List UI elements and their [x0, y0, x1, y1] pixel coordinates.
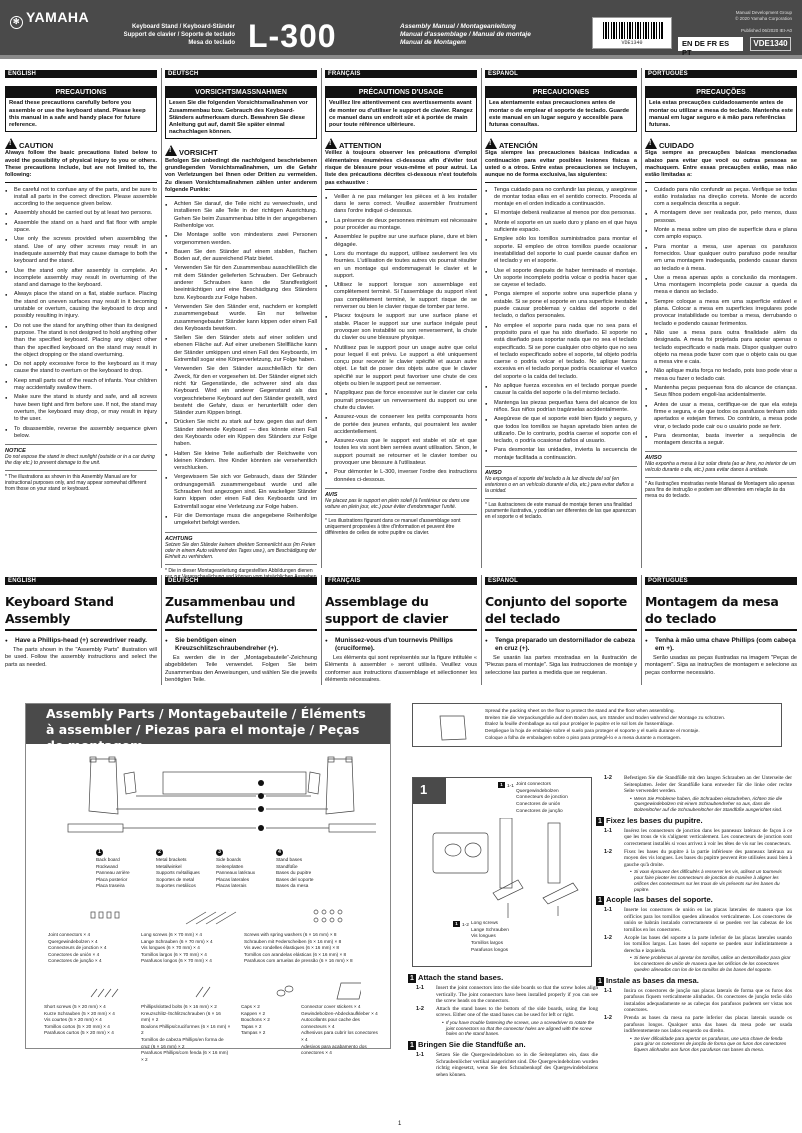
assembly-intro-portugues: PORTUGUÊS Montagem da mesa do teclado Te…: [645, 577, 797, 677]
substep: 1-1Insert the joint connectors into the …: [416, 985, 598, 1005]
precautions-text: Read these precautions carefully before …: [6, 98, 156, 131]
notice-text: Não exponha a mesa à luz solar direta (a…: [645, 461, 797, 473]
list-item: Stellen Sie den Ständer stets auf einer …: [165, 335, 317, 364]
caution-intro: Befolgen Sie unbedingt die nachfolgend b…: [165, 158, 317, 197]
substep-number: 1-1: [604, 828, 612, 835]
column-divider: [321, 575, 322, 685]
step-number: 1: [413, 778, 446, 804]
part-3-names: 3 Side boardsSeitenplattenPanneaux latér…: [216, 849, 255, 890]
caution-intro: Veillez à toujours observer les précauti…: [325, 150, 477, 189]
step-1-illustration: 1 11-1 Joint connectorsQuergewindebolzen…: [412, 777, 592, 967]
packing-sheet-note: Spread the packing sheet on the floor to…: [412, 703, 782, 747]
list-item: Veiller à ne pas mélanger les pièces et …: [325, 194, 477, 216]
substep-number: 1-1: [416, 985, 424, 992]
list-item: Do not apply excessive force to the keyb…: [5, 361, 157, 376]
list-item: Sempre coloque a mesa em uma superfície …: [645, 299, 797, 328]
step-title: Fixez les bases du pupitre.: [606, 816, 703, 825]
section-title: Montagem da mesa do teclado: [645, 593, 797, 631]
list-item: Para desmontar las unidades, invierta la…: [485, 447, 637, 462]
label-long-screws: 11-2 Long screwsLange SchraubenVis longu…: [453, 921, 469, 930]
precaution-list: Achten Sie darauf, die Teile nicht zu ve…: [165, 201, 317, 527]
manual-title: Manual d'assemblage / Manual de montaje: [400, 31, 531, 39]
hardware-joint-connectors: Joint connectors × 4Quergewindebolzen × …: [48, 932, 107, 965]
part-2-names: 2 Metal bracketsMetallwinkelSupports mét…: [156, 849, 200, 890]
list-item: Do not use the stand for anything other …: [5, 323, 157, 359]
barcode: VDE1340: [592, 17, 672, 49]
header-rule: [0, 55, 802, 59]
language-label: ESPAÑOL: [485, 70, 637, 78]
precautions-title: PRÉCAUTIONS D'USAGE: [326, 87, 476, 98]
substep-text: Attach the stand bases to the bottom of …: [436, 1006, 598, 1019]
step-title-espanol: 1Acople las bases del soporte.: [596, 895, 792, 905]
hardware-name: Parafusos Phillips/com fenda (6 × 16 mm)…: [141, 1050, 231, 1063]
hardware-name: Tampas × 2: [241, 1030, 270, 1037]
precautions-text: Lea atentamente estas precauciones antes…: [486, 98, 636, 131]
substep-text: Acople las bases del soporte a la parte …: [624, 935, 792, 954]
published-date: Published 06/2020 IEI-A0: [741, 28, 792, 33]
part-name: Supports métalliques: [156, 870, 200, 877]
precautions-portugues: PORTUGUÊS PRECAUÇÕESLeia estas precauçõe…: [645, 70, 797, 499]
substep-text: Insérez les connecteurs de jonction dans…: [624, 828, 792, 847]
assembly-intro-deutsch: DEUTSCH Zusammenbau und Aufstellung Sie …: [165, 577, 317, 684]
part-name: Placas laterais: [216, 883, 255, 890]
precautions-box: PRÉCAUTIONS D'USAGEVeuillez lire attenti…: [325, 86, 477, 132]
precautions-box: VORSICHTSMASSNAHMENLesen Sie die folgend…: [165, 86, 317, 139]
intro-text: Es werden die in der „Montagebauteile“-Z…: [165, 655, 317, 684]
hardware-name: Short screws (5 × 20 mm) × 4: [44, 1004, 115, 1011]
substep-note: If you have trouble fastening the screws…: [442, 1020, 598, 1037]
caution-intro: Siga siempre las precauciones básicas in…: [485, 150, 637, 182]
step-1-text-left: 1Attach the stand bases. 1-1Insert the j…: [408, 970, 598, 1079]
part-name: Standfüße: [276, 864, 314, 871]
step-title: Bringen Sie die Standfüße an.: [418, 1040, 526, 1049]
product-title: Mesa do teclado: [100, 39, 235, 47]
caution-heading: CUIDADO: [645, 138, 797, 149]
list-item: Verwenden Sie den Ständer erst, nachdem …: [165, 304, 317, 333]
sub-step-tag: 1-1: [507, 784, 514, 789]
packing-line: Spread the packing sheet on the floor to…: [485, 709, 725, 716]
precautions-deutsch: DEUTSCH VORSICHTSMASSNAHMENLesen Sie die…: [165, 70, 317, 586]
warning-triangle-icon: [325, 138, 337, 149]
caution-heading: CAUTION: [5, 138, 157, 149]
hardware-name: Conectores de unión × 4: [48, 952, 107, 959]
precautions-english: ENGLISH PRECAUTIONSRead these precaution…: [5, 70, 157, 492]
part-name: Side boards: [216, 857, 255, 864]
precautions-francais: FRANÇAIS PRÉCAUTIONS D'USAGEVeuillez lir…: [325, 70, 477, 536]
step-title-english: 1Attach the stand bases.: [408, 973, 598, 983]
column-divider: [481, 68, 482, 568]
list-item: Asegúrese de que el soporte esté bien fi…: [485, 416, 637, 445]
list-item: Monte el soporte en un suelo duro y plan…: [485, 220, 637, 235]
hardware-name: Vis longues (6 × 70 mm) × 4: [141, 945, 213, 952]
list-item: Keep small parts out of the reach of inf…: [5, 378, 157, 393]
substep-text: Insira os conectores de junção nas placa…: [624, 988, 792, 1014]
list-item: Assemble the stand on a hard and flat fl…: [5, 220, 157, 235]
notice: AVISONão exponha a mesa à luz solar dire…: [645, 451, 797, 473]
tool-requirement: Have a Phillips-head (+) screwdriver rea…: [5, 637, 157, 645]
list-item: Use only the screws provided when assemb…: [5, 236, 157, 265]
list-item: Lors du montage du support, utilisez seu…: [325, 251, 477, 280]
hardware-name: Long screws (6 × 70 mm) × 4: [141, 932, 213, 939]
product-titles: Keyboard Stand / Keyboard-Ständer Suppor…: [100, 23, 235, 47]
hardware-name: Lange Schrauben (6 × 70 mm) × 4: [141, 939, 213, 946]
footnote: * As ilustrações mostradas neste Manual …: [645, 477, 797, 499]
hardware-long-screws: Long screws (6 × 70 mm) × 4Lange Schraub…: [141, 932, 213, 965]
language-label: ENGLISH: [5, 577, 157, 585]
list-item: Drücken Sie nicht zu stark auf bzw. gege…: [165, 419, 317, 448]
list-item: Always place the stand on a flat, stable…: [5, 291, 157, 320]
list-item: Assembly should be carried out by at lea…: [5, 210, 157, 217]
substep-number: 1-2: [604, 935, 612, 942]
step-title-francais: 1Fixez les bases du pupitre.: [596, 816, 792, 826]
notice: AVISONo exponga el soporte del teclado a…: [485, 466, 637, 494]
assembly-intro-espanol: ESPAÑOL Conjunto del soporte del teclado…: [485, 577, 637, 677]
substep-text: Insert the joint connectors into the sid…: [436, 985, 598, 1004]
step-marker-icon: 1: [453, 921, 460, 927]
warning-triangle-icon: [645, 138, 657, 149]
warning-triangle-icon: [5, 138, 17, 149]
hardware-name: Quergewindebolzen × 4: [48, 939, 107, 946]
list-item: Für die Demontage muss die angegebene Re…: [165, 513, 317, 528]
hardware-illustration-row1: [61, 904, 361, 929]
model-number: L-300: [248, 18, 337, 55]
packing-line: Coloque a folha de embalagem sobre o pis…: [485, 736, 725, 743]
barcode-text: VDE1340: [593, 40, 671, 46]
hardware-name: Parafusos longos (6 × 70 mm) × 4: [141, 958, 213, 965]
substep: 1-2Befestigen Sie die Standfüße mit den …: [604, 775, 792, 795]
step-marker-icon: 1: [498, 782, 505, 788]
substep: 1-2Acople las bases del soporte a la par…: [604, 935, 792, 955]
list-item: Die Montage sollte von mindestens zwei P…: [165, 232, 317, 247]
hardware-name: Joint connectors × 4: [48, 932, 107, 939]
label-joint-connectors: 11-1 Joint connectorsQuergewindebolzenCo…: [498, 782, 514, 791]
list-item: Mantenga las piezas pequeñas fuera del a…: [485, 400, 637, 415]
tool-requirement: Tenga preparado un destornillador de cab…: [485, 637, 637, 653]
list-item: El montaje deberá realizarse al menos po…: [485, 210, 637, 217]
precaution-list: Be careful not to confuse any of the par…: [5, 187, 157, 441]
caution-label: ATENCIÓN: [499, 141, 538, 150]
publisher: Manual Development Group© 2020 Yamaha Co…: [735, 10, 792, 22]
product-title: Keyboard Stand / Keyboard-Ständer: [100, 23, 235, 31]
label-text: Conectores de unión: [516, 802, 596, 809]
part-number-badge: 3: [216, 849, 223, 856]
hardware-name: Tornillos con arandelas elásticas (6 × 1…: [244, 952, 389, 959]
caution-label: VORSICHT: [179, 148, 218, 157]
substep: 1-1Insérez les connecteurs de jonction d…: [604, 828, 792, 848]
part-1-names: 1 Back boardRückwandPanneau arrièrePlaca…: [96, 849, 130, 890]
substep-text: Setzen Sie die Quergewindebolzen so in d…: [436, 1052, 598, 1078]
yamaha-logo: ✻YAMAHA: [10, 9, 89, 29]
hardware-name: Caps × 2: [241, 1004, 270, 1011]
list-item: Halten Sie kleine Teile außerhalb der Re…: [165, 451, 317, 473]
tool-requirement: Munissez-vous d'un tournevis Phillips (c…: [325, 637, 477, 653]
language-label: PORTUGUÊS: [645, 70, 797, 78]
part-number-badge: 4: [276, 849, 283, 856]
substep-note: Se tiver dificuldade para apertar os par…: [630, 1036, 792, 1053]
list-item: Vergewissern Sie sich vor Gebrauch, dass…: [165, 474, 317, 510]
label-text: Joint connectors: [516, 782, 596, 789]
manual-title: Assembly Manual / Montageanleitung: [400, 23, 531, 31]
column-divider: [321, 68, 322, 568]
step-number-icon: 1: [408, 974, 416, 983]
hardware-name: Schrauben mit Federscheiben (6 × 16 mm) …: [244, 939, 389, 946]
column-divider: [161, 575, 162, 685]
list-item: Use the stand only after assembly is com…: [5, 268, 157, 290]
list-item: Pour démonter le L-300, inverser l'ordre…: [325, 469, 477, 484]
list-item: Be careful not to confuse any of the par…: [5, 187, 157, 209]
hardware-name: Tornillos cortos (5 × 20 mm) × 4: [44, 1024, 115, 1031]
list-item: Tenga cuidado para no confundir las piez…: [485, 187, 637, 209]
column-divider: [641, 575, 642, 685]
list-item: Não use a mesa para outra finalidade alé…: [645, 330, 797, 366]
intro-text: Se usarán las partes mostradas en la ilu…: [485, 655, 637, 677]
caution-heading: ATENCIÓN: [485, 138, 637, 149]
page-number: 1: [398, 1121, 401, 1127]
notice-text: No exponga el soporte del teclado a la l…: [485, 476, 637, 494]
label-text: Parafusos longos: [471, 948, 541, 955]
assembly-intro-francais: FRANÇAIS Assemblage du support de clavie…: [325, 577, 477, 684]
notice: AVISNe placez pas le support en plein so…: [325, 488, 477, 510]
hardware-name: Tornillos de cabeza Phillips/en forma de…: [141, 1037, 231, 1050]
hardware-name: Bouchons × 2: [241, 1017, 270, 1024]
manual-title: Manual de Montagem: [400, 39, 531, 47]
stand-base-drawing: [418, 818, 588, 918]
notice-label: ACHTUNG: [165, 536, 193, 542]
precautions-espanol: ESPAÑOL PRECAUCIONESLea atentamente esta…: [485, 70, 637, 520]
part-name: Stand bases: [276, 857, 314, 864]
list-item: Verwenden Sie den Ständer ausschließlich…: [165, 366, 317, 417]
language-label: DEUTSCH: [165, 70, 317, 78]
list-item: Cuidado para não confundir as peças. Ver…: [645, 187, 797, 209]
part-name: Panneau arrière: [96, 870, 130, 877]
list-item: Make sure the stand is sturdy and safe, …: [5, 394, 157, 423]
tool-requirement: Sie benötigen einen Kreuzschlitzschraube…: [165, 637, 317, 653]
list-item: Mantenha peças pequenas fora do alcance …: [645, 385, 797, 400]
caution-label: CUIDADO: [659, 141, 694, 150]
substep-text: Fixez les bases du pupitre à la partie i…: [624, 849, 792, 868]
list-item: Monte a mesa sobre um piso de superfície…: [645, 227, 797, 242]
list-item: N'utilisez pas le support pour un usage …: [325, 345, 477, 389]
intro-text: Les éléments qui sont représentés sur la…: [325, 655, 477, 684]
part-name: Rückwand: [96, 864, 130, 871]
list-item: N'appliquez pas de force excessive sur l…: [325, 390, 477, 412]
packing-sheet-text: Spread the packing sheet on the floor to…: [485, 709, 725, 743]
substep-number: 1-1: [604, 988, 612, 995]
hardware-name: Kappen × 2: [241, 1011, 270, 1018]
parts-title: Assembly Parts / Montagebauteile / Éléme…: [26, 704, 390, 744]
substep-text: Inserte los conectores de unión en las p…: [624, 907, 792, 933]
brand-name: YAMAHA: [26, 9, 89, 25]
footnote: * The illustrations as shown in this Ass…: [5, 470, 157, 492]
hardware-name: Gewindebolzen-Abdeckaufkleber × 4: [301, 1011, 381, 1018]
list-item: Bauen Sie den Ständer auf einem stabilen…: [165, 249, 317, 264]
footnote: * Las ilustraciones de este manual de mo…: [485, 498, 637, 520]
list-item: Placez toujours le support sur une surfa…: [325, 313, 477, 342]
precaution-list: Cuidado para não confundir as peças. Ver…: [645, 187, 797, 448]
step-number-icon: 1: [596, 977, 604, 986]
step-title-portugues: 1Instale as bases da mesa.: [596, 976, 792, 986]
list-item: Use el soporte después de haber terminad…: [485, 268, 637, 290]
notice-label: AVIS: [325, 492, 337, 498]
list-item: Assurez-vous de conserver les petits com…: [325, 414, 477, 436]
substep: 1-2Fixez les bases du pupitre à la parti…: [604, 849, 792, 869]
precautions-title: VORSICHTSMASSNAHMEN: [166, 87, 316, 98]
list-item: Verwenden Sie für den Zusammenbau aussch…: [165, 265, 317, 301]
parts-illustration: [56, 754, 376, 844]
tuning-fork-icon: ✻: [10, 16, 23, 29]
part-name: Placa traseira: [96, 883, 130, 890]
precautions-box: PRECAUÇÕESLeia estas precauções cuidados…: [645, 86, 797, 132]
notice-text: Do not expose the stand in direct sunlig…: [5, 454, 157, 466]
part-name: Placas laterales: [216, 877, 255, 884]
part-name: Soportes de metal: [156, 877, 200, 884]
hardware-name: Adesivos para acabamento dos conectores …: [301, 1044, 381, 1057]
hardware-name: Tornillos largos (6 × 70 mm) × 4: [141, 952, 213, 959]
list-item: Emplee sólo los tornillos suministrados …: [485, 236, 637, 265]
hardware-cover-stickers: Connector cover stickers × 4Gewindebolze…: [301, 1004, 381, 1057]
hardware-name: Boulons Phillips/cruciformes (6 × 16 mm)…: [141, 1024, 231, 1037]
part-name: Placa posterior: [96, 877, 130, 884]
list-item: Ponga siempre el soporte sobre una super…: [485, 291, 637, 320]
precautions-text: Leia estas precauções cuidadosamente ant…: [646, 98, 796, 131]
product-title: Support de clavier / Soporte de teclado: [100, 31, 235, 39]
substep: 1-1Insira os conectores de junção nas pl…: [604, 988, 792, 1014]
hardware-name: Connecteurs de jonction × 4: [48, 945, 107, 952]
language-label: FRANÇAIS: [325, 577, 477, 585]
caution-heading: ATTENTION: [325, 138, 477, 149]
hardware-name: Kurze Schrauben (5 × 20 mm) × 4: [44, 1011, 115, 1018]
step-title: Instale as bases da mesa.: [606, 976, 699, 985]
packing-line: Despliegue la hoja de embalaje sobre el …: [485, 729, 725, 736]
list-item: Antes de usar a mesa, certifique-se de q…: [645, 402, 797, 431]
part-name: Bases du pupitre: [276, 870, 314, 877]
part-name: Suportes metálicos: [156, 883, 200, 890]
list-item: To disassemble, reverse the assembly seq…: [5, 426, 157, 441]
step-number-icon: 1: [596, 896, 604, 905]
language-label: FRANÇAIS: [325, 70, 477, 78]
notice-text: Ne placez pas le support en plein soleil…: [325, 498, 477, 510]
section-title: Conjunto del soporte del teclado: [485, 593, 637, 631]
list-item: Para desmontar, basta inverter a sequênc…: [645, 433, 797, 448]
list-item: No aplique fuerza excesiva en el teclado…: [485, 383, 637, 398]
warning-triangle-icon: [485, 138, 497, 149]
intro-text: Serão usadas as peças ilustradas na imag…: [645, 655, 797, 677]
hardware-name: Adhesivos para cubrir los conectores × 4: [301, 1030, 381, 1043]
precautions-title: PRECAUTIONS: [6, 87, 156, 98]
hardware-caps: Caps × 2Kappen × 2Bouchons × 2Tapas × 2T…: [241, 1004, 270, 1037]
hardware-name: Parafusos curtos (5 × 20 mm) × 4: [44, 1030, 115, 1037]
precautions-text: Veuillez lire attentivement ces avertiss…: [326, 98, 476, 131]
part-number-badge: 1: [96, 849, 103, 856]
caution-intro: Siga sempre as precauções básicas mencio…: [645, 150, 797, 182]
substep: 1-2Attach the stand bases to the bottom …: [416, 1006, 598, 1019]
step-number-icon: 1: [408, 1041, 416, 1050]
hardware-name: Screws with spring washers (6 × 16 mm) ×…: [244, 932, 389, 939]
substep-number: 1-2: [604, 849, 612, 856]
substep-number: 1-2: [604, 1015, 612, 1022]
hardware-name: Kreuzschlitz-/Schlitzschrauben (6 × 16 m…: [141, 1011, 231, 1024]
substep-text: Prenda as bases da mesa na parte inferio…: [624, 1015, 792, 1034]
list-item: Para montar a mesa, use apenas os parafu…: [645, 244, 797, 273]
list-item: Use a mesa apenas após a conclusão da mo…: [645, 275, 797, 297]
part-name: Bases da mesa: [276, 883, 314, 890]
step-title: Attach the stand bases.: [418, 973, 503, 982]
part-name: Bases del soporte: [276, 877, 314, 884]
manual-titles: Assembly Manual / Montageanleitung Manua…: [400, 23, 531, 47]
label-text: Conectores de junção: [516, 809, 596, 816]
part-name: Metallwinkel: [156, 864, 200, 871]
section-title: Zusammenbau und Aufstellung: [165, 593, 317, 631]
substep-number: 1-2: [604, 775, 612, 782]
part-4-names: 4 Stand basesStandfüßeBases du pupitreBa…: [276, 849, 314, 890]
language-label: ESPAÑOL: [485, 577, 637, 585]
substep-text: Befestigen Sie die Standfüße mit den lan…: [624, 775, 792, 794]
hardware-name: Conectores de junção × 4: [48, 958, 107, 965]
assembly-intro-english: ENGLISH Keyboard Stand Assembly Have a P…: [5, 577, 157, 669]
part-name: Seitenplatten: [216, 864, 255, 871]
part-number-badge: 2: [156, 849, 163, 856]
caution-label: ATTENTION: [339, 141, 381, 150]
list-item: Assurez-vous que le support est stable e…: [325, 438, 477, 467]
packing-sheet-icon: [438, 714, 468, 742]
substep-note: Si tiene problemas al apretar los tornil…: [630, 955, 792, 972]
substep: 1-2Prenda as bases da mesa na parte infe…: [604, 1015, 792, 1035]
hardware-name: Tapas × 2: [241, 1024, 270, 1031]
intro-text: The parts shown in the "Assembly Parts" …: [5, 647, 157, 669]
copyright: © 2020 Yamaha Corporation: [735, 16, 792, 22]
precautions-box: PRECAUTIONSRead these precautions carefu…: [5, 86, 157, 132]
list-item: La présence de deux personnes minimum es…: [325, 218, 477, 233]
column-divider: [481, 575, 482, 685]
hardware-illustration-row2: [61, 979, 361, 1004]
column-divider: [641, 68, 642, 568]
substep-note: Wenn Sie Probleme haben, die Schrauben e…: [630, 796, 792, 813]
list-item: A montagem deve ser realizada por, pelo …: [645, 210, 797, 225]
caution-label: CAUTION: [19, 141, 53, 150]
substep-number: 1-1: [416, 1052, 424, 1059]
list-item: Assemblez le pupitre sur une surface pla…: [325, 234, 477, 249]
hardware-short-screws: Short screws (5 × 20 mm) × 4Kurze Schrau…: [44, 1004, 115, 1037]
list-item: Achten Sie darauf, die Teile nicht zu ve…: [165, 201, 317, 230]
column-divider: [161, 68, 162, 568]
hardware-name: Phillips/slotted bolts (6 × 16 mm) × 2: [141, 1004, 231, 1011]
list-item: Não aplique muita força no teclado, pois…: [645, 368, 797, 383]
notice: NOTICEDo not expose the stand in direct …: [5, 444, 157, 466]
hardware-name: Vis courtes (5 × 20 mm) × 4: [44, 1017, 115, 1024]
document-code: VDE1340: [750, 37, 791, 51]
section-title: Keyboard Stand Assembly: [5, 593, 157, 631]
warning-triangle-icon: [165, 145, 177, 156]
caution-intro: Always follow the basic precautions list…: [5, 150, 157, 182]
hardware-name: Parafusos com arruelas de pressão (6 × 1…: [244, 958, 389, 965]
substep-number: 1-2: [416, 1006, 424, 1013]
language-label: ENGLISH: [5, 70, 157, 78]
language-codes: EN DE FR ES PT: [678, 37, 743, 51]
step-1-text-right: 1-2Befestigen Sie die Standfüße mit den …: [596, 775, 792, 1055]
hardware-name: Vis avec rondelles élastiques (6 × 16 mm…: [244, 945, 389, 952]
step-title-deutsch: 1Bringen Sie die Standfüße an.: [408, 1040, 598, 1050]
hardware-name: Autocollants pour cache des connecteurs …: [301, 1017, 381, 1030]
part-name: Panneaux latéraux: [216, 870, 255, 877]
label-text: Long screws: [471, 921, 541, 928]
precautions-text: Lesen Sie die folgenden Vorsichtsmaßnahm…: [166, 98, 316, 138]
footnote: * Les illustrations figurant dans ce man…: [325, 514, 477, 536]
sub-step-tag: 1-2: [462, 923, 469, 928]
caution-heading: VORSICHT: [165, 145, 317, 156]
notice-text: Setzen Sie den Ständer keinem direkten S…: [165, 542, 317, 560]
language-label: DEUTSCH: [165, 577, 317, 585]
section-title: Assemblage du support de clavier: [325, 593, 477, 631]
